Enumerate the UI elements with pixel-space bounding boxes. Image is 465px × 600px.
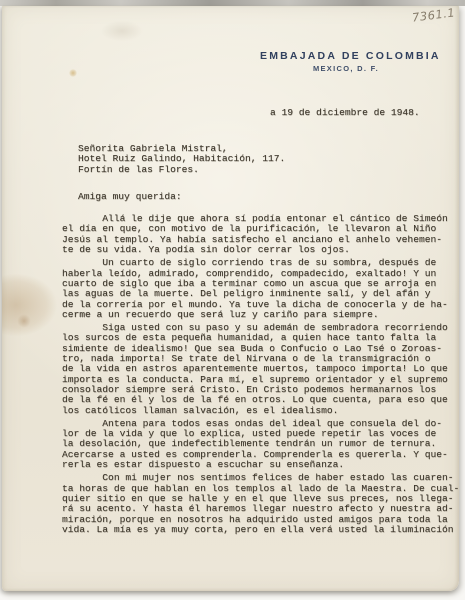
letter-page: 7361.1 EMBAJADA DE COLOMBIA MEXICO, D. F… (2, 5, 459, 591)
recipient-address: Señorita Gabriela Mistral, Hotel Ruiz Ga… (78, 144, 459, 175)
letterhead-city: MEXICO, D. F. (260, 64, 432, 73)
letter-body: Señorita Gabriela Mistral, Hotel Ruiz Ga… (62, 144, 459, 535)
letterhead-org: EMBAJADA DE COLOMBIA (260, 50, 432, 62)
salutation: Amiga muy querida: (78, 192, 459, 202)
letter-paragraph: Siga usted con su paso y su ademán de se… (62, 323, 459, 416)
letter-paragraph: Un cuarto de siglo corriendo tras de su … (62, 258, 459, 320)
scanner-edge (0, 0, 465, 6)
letter-paragraph: Antena para todos esas ondas del ideal q… (62, 419, 459, 470)
letter-paragraph: Allá le dije que ahora sí podía entonar … (62, 214, 459, 255)
scanned-letter: 7361.1 EMBAJADA DE COLOMBIA MEXICO, D. F… (0, 0, 465, 600)
letterhead: EMBAJADA DE COLOMBIA MEXICO, D. F. (260, 50, 432, 73)
archive-number-handwritten: 7361.1 (411, 5, 456, 24)
letter-date: a 19 de diciembre de 1948. (270, 108, 420, 118)
letter-paragraph: Con mi mujer nos sentimos felices de hab… (62, 473, 459, 535)
